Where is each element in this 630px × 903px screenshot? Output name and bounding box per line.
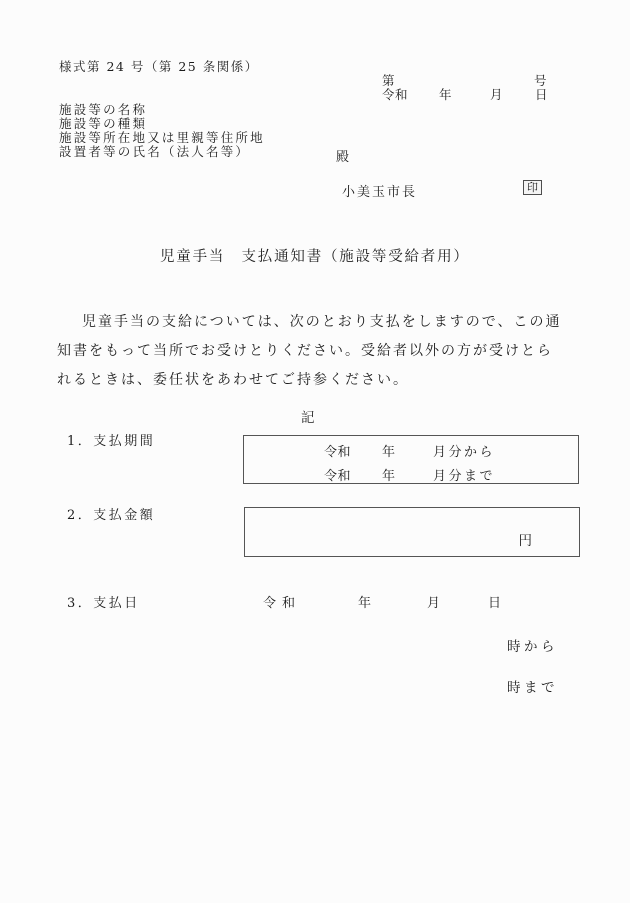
addressee-line-founder-name: 設置者等の氏名（法人名等） (59, 145, 265, 159)
addressee-line-facility-address: 施設等所在地又は里親等住所地 (59, 131, 265, 145)
form-number: 様式第 24 号（第 25 条関係） (59, 57, 259, 75)
ki-heading: 記 (301, 406, 315, 426)
document-title: 児童手当 支払通知書（施設等受給者用） (160, 245, 470, 266)
payment-day-label: 3．支払日 (67, 592, 140, 611)
payment-day-year: 年 (358, 592, 371, 611)
amount-unit-label: 円 (519, 529, 533, 549)
period-from-year: 年 (382, 441, 395, 460)
document-page: 様式第 24 号（第 25 条関係） 第 号 令和 年 月 日 施設等の名称 施… (0, 0, 630, 903)
payment-period-label: 1．支払期間 (67, 430, 155, 449)
period-from-month: 月分から (433, 441, 495, 460)
period-to-month: 月分まで (433, 465, 495, 484)
issue-date-month: 月 (490, 85, 503, 103)
addressee-line-facility-name: 施設等の名称 (59, 103, 265, 117)
honorific-label: 殿 (336, 146, 349, 165)
seal-stamp: 印 (523, 180, 542, 195)
body-paragraph-line: 知書をもって当所でお受けとりください。受給者以外の方が受けとら (57, 340, 553, 360)
payment-day-day: 日 (488, 592, 501, 611)
period-to-era: 令和 (324, 465, 351, 484)
period-to-year: 年 (382, 465, 395, 484)
time-to-label: 時まで (507, 676, 558, 696)
body-paragraph-line: れるときは、委任状をあわせてご持参ください。 (57, 369, 409, 389)
payment-day-month: 月 (427, 592, 440, 611)
issuer-name: 小美玉市長 (342, 181, 417, 200)
payment-day-era: 令和 (263, 592, 301, 611)
addressee-line-facility-type: 施設等の種類 (59, 117, 265, 131)
body-paragraph-line: 児童手当の支給については、次のとおり支払をしますので、この通 (57, 311, 561, 331)
payment-amount-label: 2．支払金額 (67, 504, 155, 523)
issue-date-era: 令和 (382, 85, 408, 103)
payment-period-box: 令和 年 月分から 令和 年 月分まで (243, 435, 579, 484)
issue-date-year: 年 (439, 85, 452, 103)
payment-amount-box: 円 (244, 507, 580, 557)
time-from-label: 時から (507, 635, 558, 655)
period-from-era: 令和 (324, 441, 351, 460)
issue-date-day: 日 (535, 85, 548, 103)
addressee-block: 施設等の名称 施設等の種類 施設等所在地又は里親等住所地 設置者等の氏名（法人名… (59, 103, 265, 159)
